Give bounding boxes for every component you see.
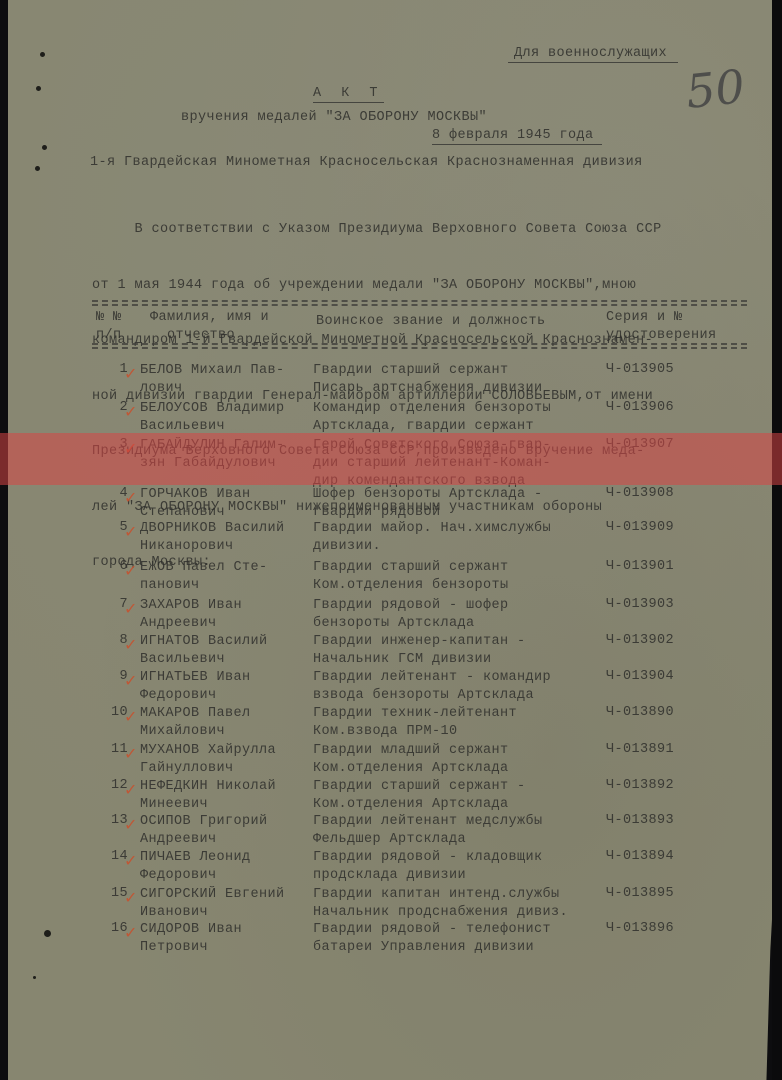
classification-label: Для военнослужащих	[508, 46, 678, 63]
certificate-serial: Ч-013890	[606, 705, 674, 720]
rank-and-position: Гвардии рядовой - кладовщик продсклада д…	[313, 849, 543, 885]
header-num: № № п/п	[96, 309, 122, 345]
rank-and-position: Гвардии старший сержант - Ком.отделения …	[313, 778, 526, 814]
certificate-serial: Ч-013892	[606, 778, 674, 793]
table-row: 13✓ОСИПОВ Григорий АндреевичГвардии лейт…	[0, 813, 782, 853]
check-mark-icon: ✓	[124, 815, 137, 834]
check-mark-icon: ✓	[124, 671, 137, 690]
check-mark-icon: ✓	[124, 744, 137, 763]
certificate-serial: Ч-013902	[606, 633, 674, 648]
recipient-name: СИДОРОВ Иван Петрович	[140, 921, 242, 957]
check-mark-icon: ✓	[124, 780, 137, 799]
recipient-name: ИГНАТЬЕВ Иван Федорович	[140, 669, 251, 705]
recipient-name: СИГОРСКИЙ Евгений Иванович	[140, 886, 285, 922]
table-row: 15✓СИГОРСКИЙ Евгений ИвановичГвардии кап…	[0, 886, 782, 926]
rank-and-position: Командир отделения бензороты Артсклада, …	[313, 400, 551, 436]
rank-and-position: Гвардии старший сержант Ком.отделения бе…	[313, 559, 509, 595]
highlight-band	[0, 433, 782, 485]
check-mark-icon: ✓	[124, 522, 137, 541]
certificate-serial: Ч-013895	[606, 886, 674, 901]
recipient-name: ПИЧАЕВ Леонид Федорович	[140, 849, 251, 885]
table-row: 7✓ЗАХАРОВ Иван АндреевичГвардии рядовой …	[0, 597, 782, 637]
recipient-name: МУХАНОВ Хайрулла Гайнуллович	[140, 742, 276, 778]
recipient-name: НЕФЕДКИН Николай Минеевич	[140, 778, 276, 814]
rank-and-position: Гвардии рядовой - шофер бензороты Артскл…	[313, 597, 509, 633]
table-row: 5✓ДВОРНИКОВ Василий НиканоровичГвардии м…	[0, 520, 782, 560]
table-row: 6✓ЕЖОВ Павел Сте- пановичГвардии старший…	[0, 559, 782, 599]
check-mark-icon: ✓	[124, 923, 137, 942]
check-mark-icon: ✓	[124, 707, 137, 726]
certificate-serial: Ч-013904	[606, 669, 674, 684]
rank-and-position: Гвардии лейтенант - командир взвода бенз…	[313, 669, 551, 705]
certificate-serial: Ч-013893	[606, 813, 674, 828]
recipient-name: БЕЛОВ Михаил Пав- лович	[140, 362, 285, 398]
recipient-name: БЕЛОУСОВ Владимир Васильевич	[140, 400, 285, 436]
recipient-name: ЗАХАРОВ Иван Андреевич	[140, 597, 242, 633]
table-row: 10✓МАКАРОВ Павел МихайловичГвардии техни…	[0, 705, 782, 745]
certificate-serial: Ч-013906	[606, 400, 674, 415]
table-row: 9✓ИГНАТЬЕВ Иван ФедоровичГвардии лейтена…	[0, 669, 782, 709]
certificate-serial: Ч-013905	[606, 362, 674, 377]
check-mark-icon: ✓	[124, 364, 137, 383]
document-subtitle: вручения медалей "ЗА ОБОРОНУ МОСКВЫ"	[181, 110, 487, 125]
rank-and-position: Гвардии младший сержант Ком.отделения Ар…	[313, 742, 509, 778]
rank-and-position: Гвардии капитан интенд.службы Начальник …	[313, 886, 568, 922]
recipient-name: ОСИПОВ Григорий Андреевич	[140, 813, 268, 849]
certificate-serial: Ч-013901	[606, 559, 674, 574]
rank-and-position: Гвардии лейтенант медслужбы Фельдшер Арт…	[313, 813, 543, 849]
table-row: 11✓МУХАНОВ Хайрулла ГайнулловичГвардии м…	[0, 742, 782, 782]
check-mark-icon: ✓	[124, 851, 137, 870]
check-mark-icon: ✓	[124, 635, 137, 654]
rank-and-position: Гвардии инженер-капитан - Начальник ГСМ …	[313, 633, 526, 669]
certificate-serial: Ч-013896	[606, 921, 674, 936]
recipient-name: ГОРЧАКОВ Иван Степанович	[140, 486, 251, 522]
table-row: 16✓СИДОРОВ Иван ПетровичГвардии рядовой …	[0, 921, 782, 961]
check-mark-icon: ✓	[124, 599, 137, 618]
table-header-rule	[92, 343, 747, 345]
certificate-serial: Ч-013903	[606, 597, 674, 612]
table-row: 1✓БЕЛОВ Михаил Пав- ловичГвардии старший…	[0, 362, 782, 402]
recipient-name: ДВОРНИКОВ Василий Никанорович	[140, 520, 285, 556]
rank-and-position: Гвардии техник-лейтенант Ком.взвода ПРМ-…	[313, 705, 517, 741]
certificate-serial: Ч-013891	[606, 742, 674, 757]
header-serial: Серия и № удостоверения	[606, 309, 717, 345]
table-row: 14✓ПИЧАЕВ Леонид ФедоровичГвардии рядово…	[0, 849, 782, 889]
handwritten-page-number: 50	[683, 59, 747, 119]
check-mark-icon: ✓	[124, 561, 137, 580]
document-date: 8 февраля 1945 года	[432, 128, 602, 145]
certificate-serial: Ч-013908	[606, 486, 674, 501]
recipient-name: ИГНАТОВ Василий Васильевич	[140, 633, 268, 669]
check-mark-icon: ✓	[124, 488, 137, 507]
certificate-serial: Ч-013909	[606, 520, 674, 535]
unit-name: 1-я Гвардейская Минометная Красносельска…	[90, 155, 643, 170]
table-row: 12✓НЕФЕДКИН Николай МинеевичГвардии стар…	[0, 778, 782, 818]
certificate-serial: Ч-013894	[606, 849, 674, 864]
intro-line: от 1 мая 1944 года об учреждении медали …	[92, 277, 662, 296]
rank-and-position: Гвардии майор. Нач.химслужбы дивизии.	[313, 520, 551, 556]
table-row: 8✓ИГНАТОВ Василий ВасильевичГвардии инже…	[0, 633, 782, 673]
intro-line: В соответствии с Указом Президиума Верхо…	[92, 221, 662, 240]
recipient-name: МАКАРОВ Павел Михайлович	[140, 705, 251, 741]
header-name: Фамилия, имя и отчество	[150, 309, 269, 345]
header-rank: Воинское звание и должность	[316, 313, 546, 331]
recipient-name: ЕЖОВ Павел Сте- панович	[140, 559, 268, 595]
check-mark-icon: ✓	[124, 888, 137, 907]
document-title: А К Т	[313, 86, 384, 103]
rank-and-position: Гвардии старший сержант Писарь артснабже…	[313, 362, 543, 398]
table-top-rule	[92, 300, 747, 302]
rank-and-position: Шофер бензороты Артсклада - гвардии рядо…	[313, 486, 543, 522]
check-mark-icon: ✓	[124, 402, 137, 421]
rank-and-position: Гвардии рядовой - телефонист батареи Упр…	[313, 921, 551, 957]
